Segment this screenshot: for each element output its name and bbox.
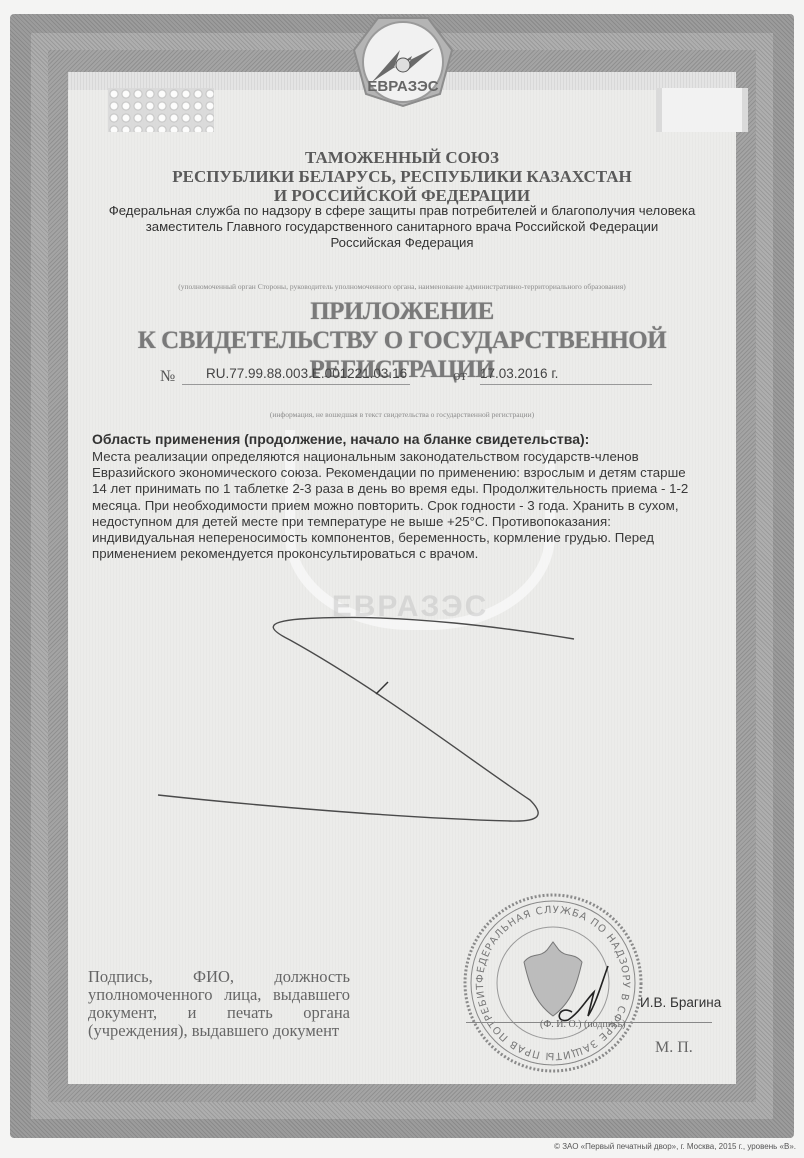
seal-place-label: М. П. xyxy=(655,1039,693,1057)
official-stamp: ФЕДЕРАЛЬНАЯ СЛУЖБА ПО НАДЗОРУ В СФЕРЕ ЗА… xyxy=(462,892,644,1074)
rospotrebnadzor-seal-icon: ФЕДЕРАЛЬНАЯ СЛУЖБА ПО НАДЗОРУ В СФЕРЕ ЗА… xyxy=(462,892,644,1074)
signer-caption: (Ф. И. О.) (подпись) xyxy=(540,1019,626,1030)
signature-block-label: Подпись, ФИО, должность уполномоченного … xyxy=(88,968,350,1040)
signer-name: И.В. Брагина xyxy=(640,995,721,1010)
printer-footer: © ЗАО «Первый печатный двор», г. Москва,… xyxy=(554,1142,796,1151)
